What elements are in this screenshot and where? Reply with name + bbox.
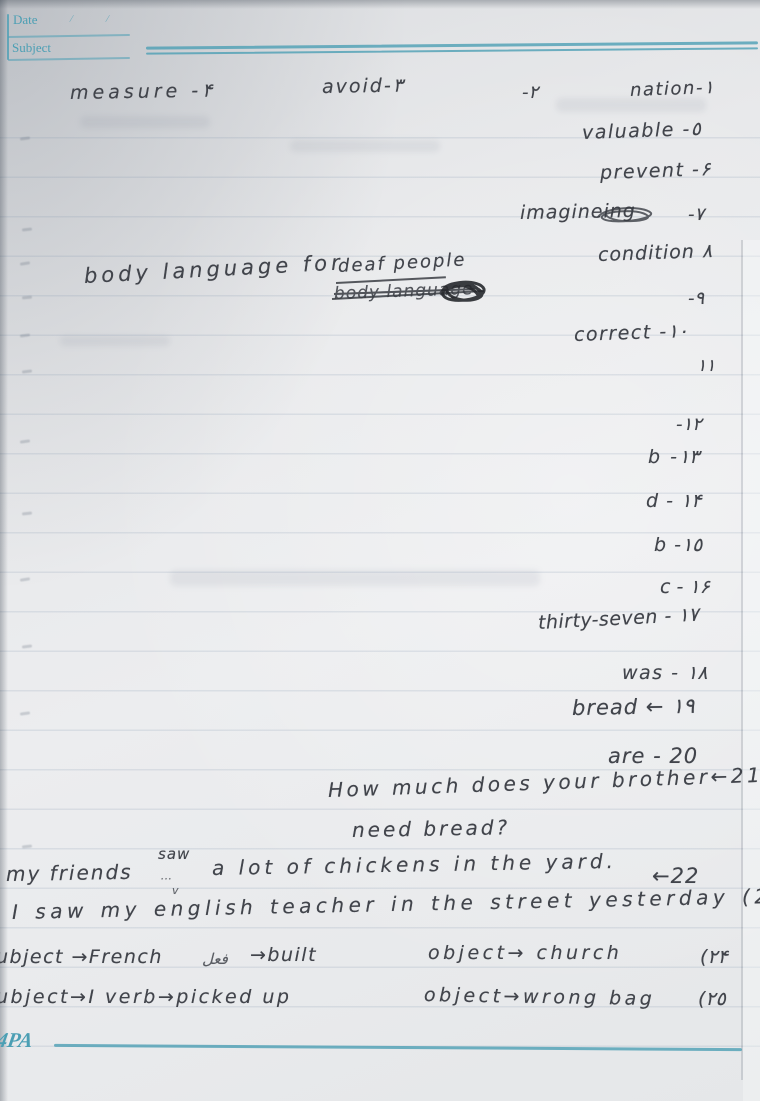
hw-number-11: ١١ xyxy=(697,356,715,376)
date-label: Date xyxy=(13,12,38,28)
bleed-mark xyxy=(20,711,30,715)
hw-answer-7-imagineing: imagineing xyxy=(520,200,636,224)
bleed-mark xyxy=(20,333,30,337)
bleed-mark xyxy=(22,644,32,648)
hw-q25-number: (٢٥ xyxy=(698,988,726,1010)
bleed-mark xyxy=(22,227,32,231)
notebook-page-photo: Date / / Subject measure -۴ avoid-٣ -٢ n… xyxy=(0,0,760,1101)
hw-q22-dots: ··· xyxy=(160,872,171,886)
hw-q24-subject: ubject →French xyxy=(0,946,163,968)
hw-number-9: -٩ xyxy=(688,288,704,309)
bleed-mark xyxy=(22,296,32,300)
bleed-mark xyxy=(20,261,30,266)
hw-answer-15: b -١٥ xyxy=(654,534,702,556)
subject-label: Subject xyxy=(12,40,51,56)
hw-answer-13: b -١٣ xyxy=(648,446,699,468)
hw-answer-5-valuable: valuable -٥ xyxy=(582,118,702,144)
header-double-rule xyxy=(146,41,758,54)
bleed-mark xyxy=(22,844,32,848)
hw-q24-verb-arabic: فعل xyxy=(202,950,228,968)
hw-q22-caret: v xyxy=(172,884,179,897)
hw-q23-sentence: I saw my english teacher in the street y… xyxy=(12,884,760,924)
bleed-mark xyxy=(20,439,30,443)
hw-q21-sentence-line1: How much does your brother←21 xyxy=(328,763,760,802)
hw-answer-10-correct: correct -١٠ xyxy=(574,320,689,346)
footer-rule xyxy=(54,1044,742,1051)
hw-q24-number: (٢۴ xyxy=(700,946,728,968)
hw-number-12: -١٢ xyxy=(676,414,702,435)
subject-underline xyxy=(8,57,130,61)
bleed-through-smudge xyxy=(170,570,540,586)
photo-top-edge-shadow xyxy=(0,0,760,9)
bleed-mark xyxy=(22,511,32,515)
hw-answer-20-are: are - 20 xyxy=(608,744,698,768)
hw-answer-6-prevent: prevent -۶ xyxy=(600,158,711,184)
hw-answer-14: d - ١۴ xyxy=(646,490,701,512)
bleed-through-smudge xyxy=(290,140,440,152)
page-right-edge-band xyxy=(743,240,760,1101)
hw-answer-3-avoid: avoid-٣ xyxy=(322,75,403,98)
date-underline xyxy=(8,34,130,38)
hw-insert-deaf-people: deaf people xyxy=(337,249,467,277)
bleed-mark xyxy=(20,577,30,582)
hw-answer-8-condition: condition ٨ xyxy=(598,240,713,266)
hw-answer-18-was: was - ١٨ xyxy=(622,662,707,684)
hw-q25-subject-verb: ubject→I verb→picked up xyxy=(0,986,291,1008)
hw-answer-16: c - ١۶ xyxy=(660,576,710,598)
hw-answer-2-blank: -٢ xyxy=(522,82,538,103)
brand-logo: 4PA xyxy=(0,1028,35,1053)
hw-q22-rest: a lot of chickens in the yard. xyxy=(212,849,617,880)
hw-q22-number: ←22 xyxy=(652,864,699,888)
bleed-through-smudge xyxy=(80,116,210,128)
hw-number-7: -٧ xyxy=(688,204,704,225)
photo-left-edge-shadow xyxy=(0,0,8,1101)
date-slash-1: / xyxy=(69,13,74,25)
hw-body-language-for: body language for xyxy=(83,250,344,288)
hw-answer-4-measure: measure -۴ xyxy=(70,80,213,104)
hw-answer-17-thirty-seven: thirty-seven - ١٧ xyxy=(537,604,699,634)
hw-q22-start: my friends xyxy=(6,860,133,886)
hw-q22-inserted-saw: saw xyxy=(158,845,190,863)
bleed-through-smudge xyxy=(60,336,170,346)
hw-q24-verb: →built xyxy=(250,944,317,966)
hw-q24-object: object→ church xyxy=(428,942,622,964)
bleed-mark xyxy=(20,136,30,140)
hw-q21-sentence-line2: need bread? xyxy=(352,815,511,842)
hw-answer-19-bread: bread ← ١٩ xyxy=(572,694,695,720)
hw-answer-1-nation: nation-١ xyxy=(630,77,714,101)
date-slash-2: / xyxy=(105,13,110,25)
hw-q25-object: object→wrong bag xyxy=(424,984,656,1010)
bleed-mark xyxy=(22,369,32,373)
